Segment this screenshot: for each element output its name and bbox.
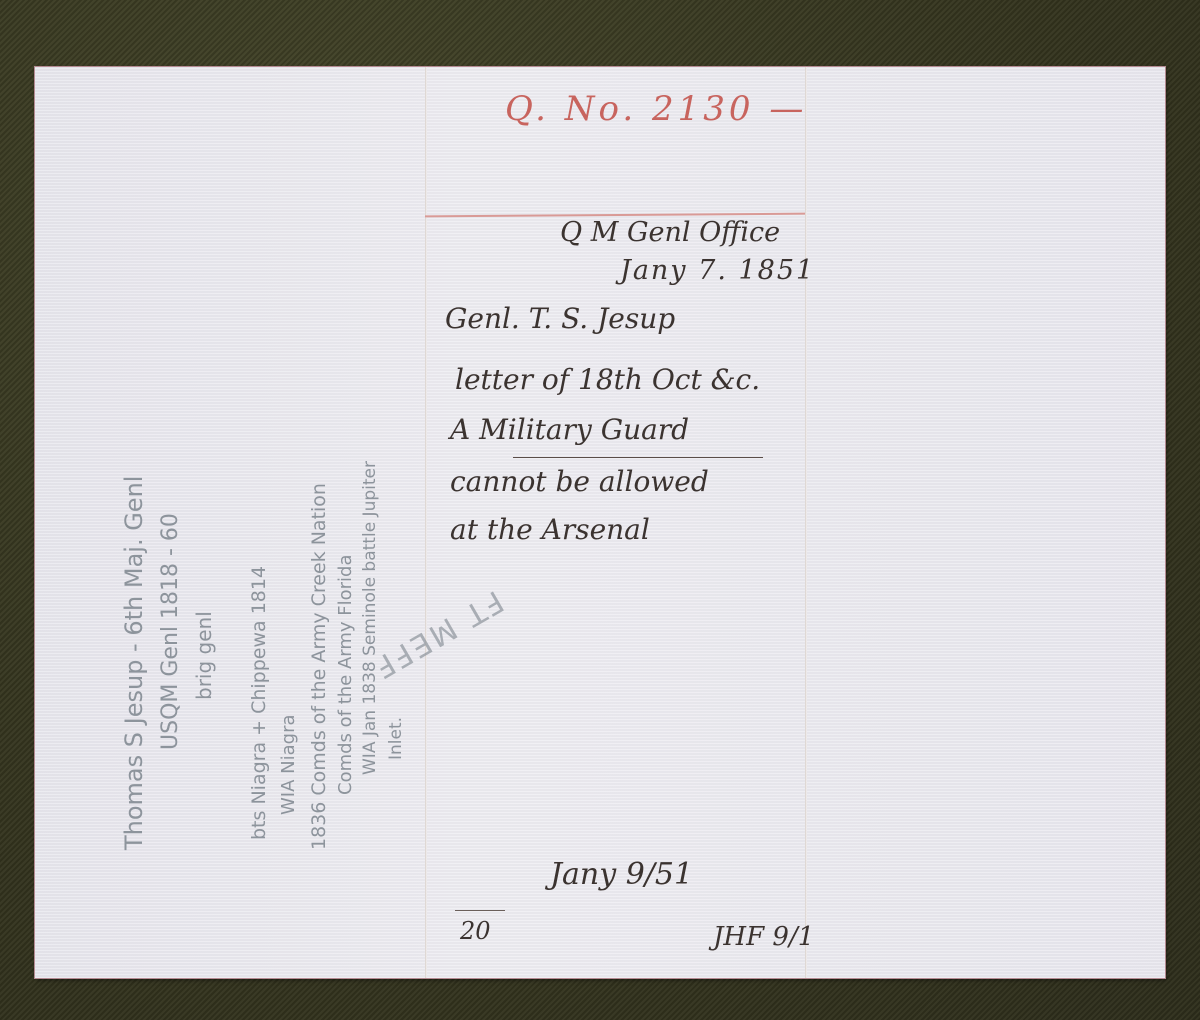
received-date: Jany 9/51 <box>550 857 693 892</box>
pencil-note-9: Inlet. <box>386 717 406 760</box>
count-rule <box>455 910 505 911</box>
body-line-4: cannot be allowed <box>450 465 709 498</box>
body-line-1: Genl. T. S. Jesup <box>445 302 675 335</box>
clerk-initials: JHF 9/1 <box>713 922 814 952</box>
military-guard-underline <box>513 457 763 458</box>
pencil-note-6: 1836 Comds of the Army Creek Nation <box>308 483 330 850</box>
pencil-note-2: USQM Genl 1818 - 60 <box>158 513 183 750</box>
body-line-2: letter of 18th Oct &c. <box>455 363 760 396</box>
upside-down-pencil-mark: FT MEFF <box>366 583 509 686</box>
body-line-3: A Military Guard <box>450 413 689 446</box>
count-number: 20 <box>460 917 491 945</box>
docket-number: Q. No. 2130 — <box>505 89 807 129</box>
pencil-note-4: bts Niagra + Chippewa 1814 <box>248 566 270 840</box>
pencil-note-7: Comds of the Army Florida <box>335 554 356 795</box>
fold-line-right <box>805 67 807 978</box>
pencil-note-1: Thomas S Jesup - 6th Maj. Genl <box>120 476 148 850</box>
heading-date: Jany 7. 1851 <box>620 255 815 286</box>
fold-line-left <box>425 67 427 978</box>
pencil-note-5: WIA Niagra <box>278 715 299 816</box>
pencil-note-3: brig genl <box>192 611 216 700</box>
body-line-5: at the Arsenal <box>450 513 650 546</box>
pencil-note-8: WIA Jan 1838 Seminole battle Jupiter <box>360 461 380 775</box>
document-paper: Q. No. 2130 — Q M Genl Office Jany 7. 18… <box>35 67 1165 978</box>
heading-office: Q M Genl Office <box>560 217 780 248</box>
